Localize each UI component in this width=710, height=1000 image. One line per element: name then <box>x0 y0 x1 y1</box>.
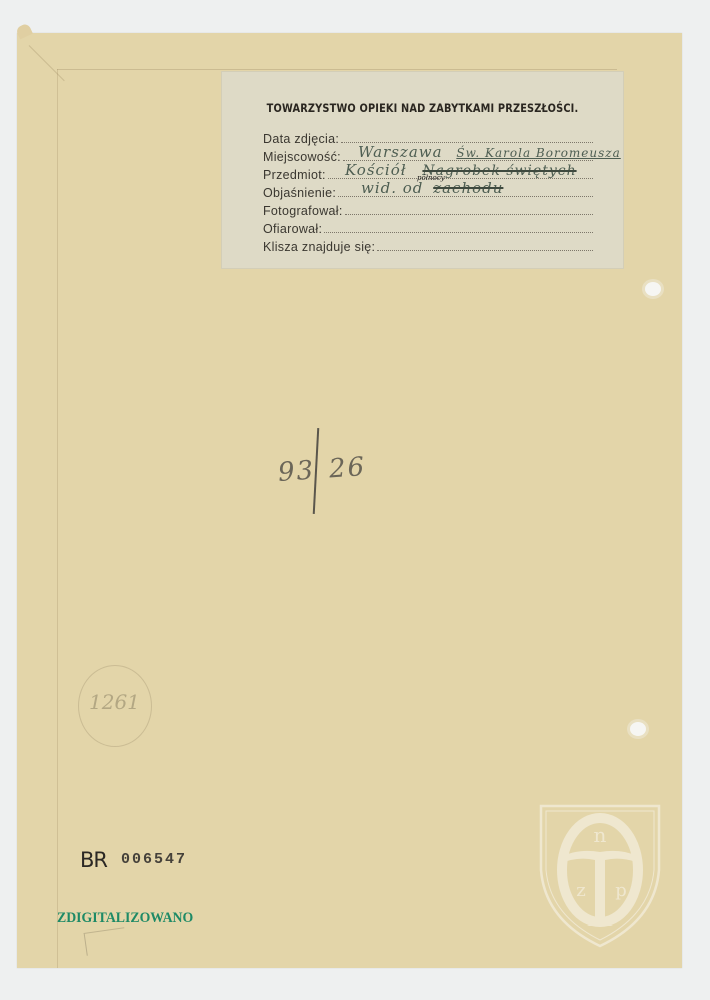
field-label: Objaśnienie: <box>263 186 336 200</box>
dotted-line <box>345 213 593 215</box>
circled-number: 1261 <box>89 690 140 714</box>
pencil-catalog-number: 9326 <box>277 452 367 488</box>
corner-fold-line <box>29 45 65 81</box>
punch-hole-bottom <box>630 722 646 736</box>
field-label: Klisza znajduje się: <box>263 240 375 254</box>
handwritten-subject: Kościół <box>345 161 407 179</box>
field-plate-location: Klisza znajduje się: <box>263 236 593 254</box>
handwritten-value: Warszawa Św. Karola Boromeusza <box>358 143 621 161</box>
svg-text:n: n <box>594 823 607 847</box>
pencil-number-left: 93 <box>277 456 316 489</box>
dotted-line <box>324 231 593 233</box>
svg-text:z: z <box>576 880 585 901</box>
card-fields: Data zdjęcia: Miejscowość: Warszawa Św. … <box>263 128 593 254</box>
label-card: TOWARZYSTWO OPIEKI NAD ZABYTKAMI PRZESZŁ… <box>221 71 624 269</box>
tonzp-emblem-icon: n z p <box>537 800 663 950</box>
handwritten-explanation: wid. od <box>361 179 423 197</box>
field-donor: Ofiarował: <box>263 218 593 236</box>
handwritten-location-extra: Św. Karola Boromeusza <box>456 146 620 160</box>
field-label: Przedmiot: <box>263 168 326 182</box>
handwritten-value: Kościół Nagrobek świętych <box>345 161 577 179</box>
dotted-line <box>377 249 593 251</box>
struck-text: Nagrobek świętych <box>422 163 576 179</box>
field-label: Ofiarował: <box>263 222 322 236</box>
field-photographer: Fotografował: <box>263 200 593 218</box>
handwritten-location: Warszawa <box>358 143 443 161</box>
digitized-stamp: ZDIGITALIZOWANO <box>57 910 193 927</box>
inner-border-left <box>57 69 58 968</box>
inventory-number-stamp: 006547 <box>121 851 187 868</box>
field-label: Miejscowość: <box>263 150 341 164</box>
svg-text:p: p <box>615 880 627 901</box>
circled-pencil-note: 1261 <box>78 665 152 747</box>
superscript-correction: północy <box>417 174 445 182</box>
card-title: TOWARZYSTWO OPIEKI NAD ZABYTKAMI PRZESZŁ… <box>251 101 594 115</box>
pencil-number-right: 26 <box>328 452 367 485</box>
inner-border-top <box>57 69 617 70</box>
field-label: Data zdjęcia: <box>263 132 339 146</box>
punch-hole-top <box>645 282 661 296</box>
field-explanation: Objaśnienie: wid. od zachodu północy <box>263 182 593 200</box>
br-handwritten-mark: BR <box>80 848 107 872</box>
field-label: Fotografował: <box>263 204 343 218</box>
paper-corner-tab <box>15 23 33 40</box>
